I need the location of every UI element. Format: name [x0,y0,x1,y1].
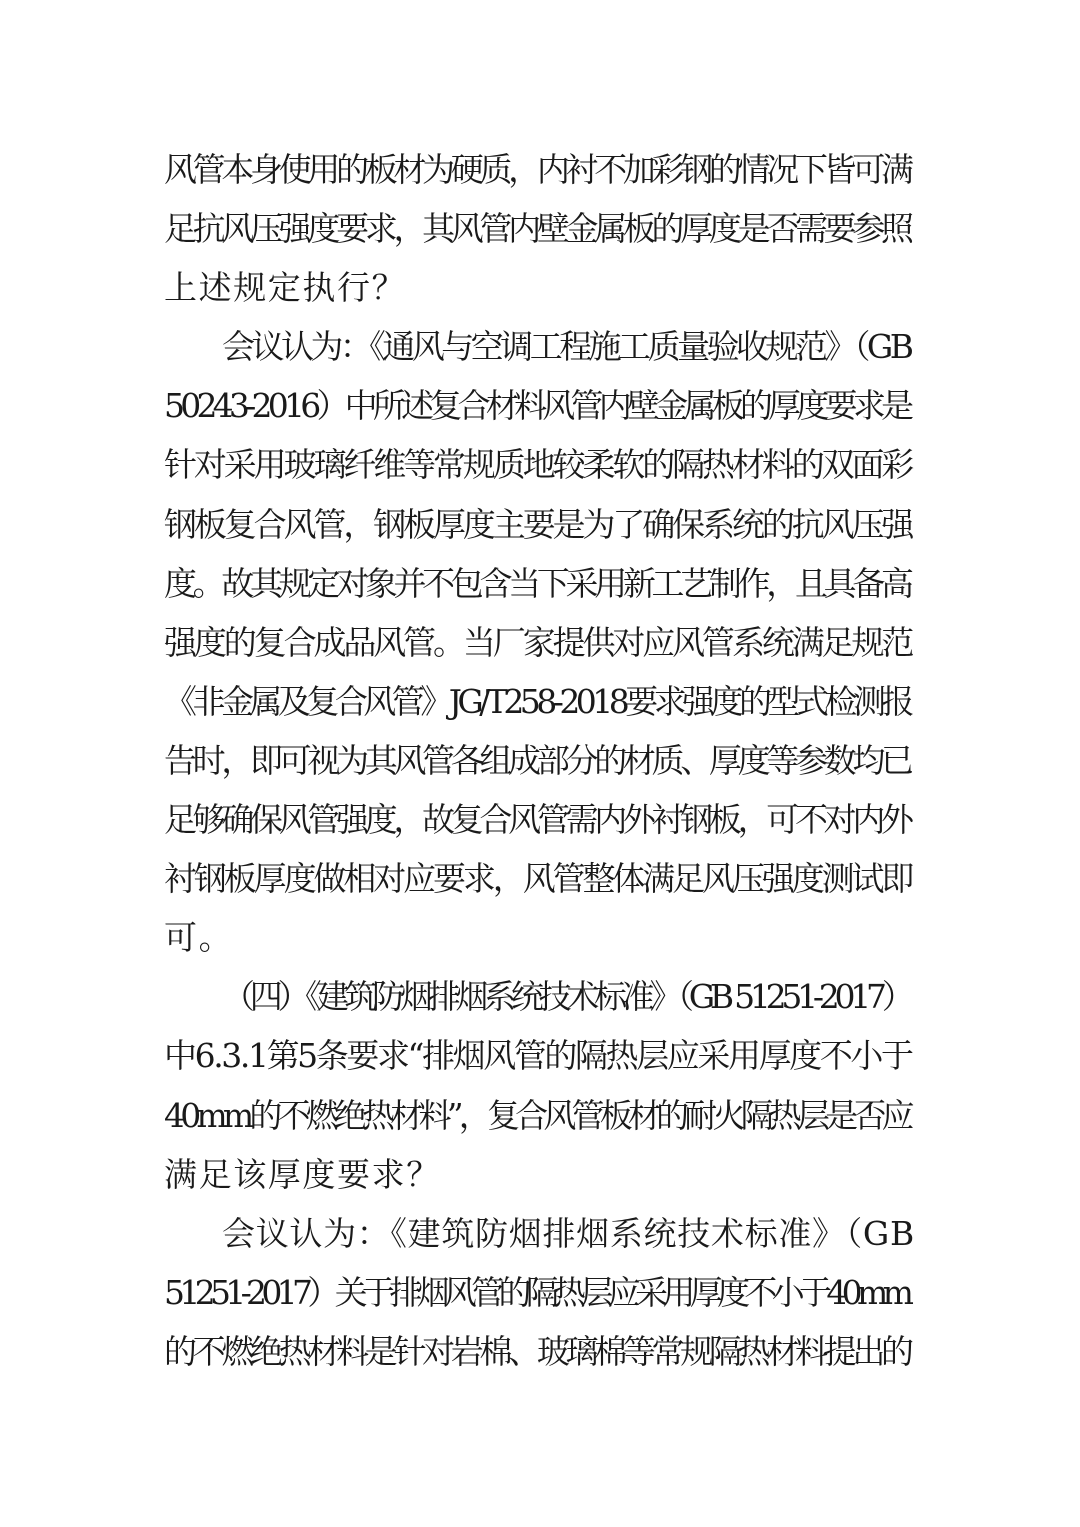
line-text: 会议认为：《通风与空调工程施工质量验收规范》（GB [222,317,911,376]
line-text: 告时，即可视为其风管各组成部分的材质、厚度等参数均已 [164,731,910,790]
line-text: 风管本身使用的板材为硬质，内衬不加彩钢的情况下皆可满 [164,140,910,199]
text-line: 风管本身使用的板材为硬质，内衬不加彩钢的情况下皆可满 [164,140,916,199]
text-line: 中6.3.1第5条要求“排烟风管的隔热层应采用厚度不小于 [164,1026,916,1085]
line-text: 50243-2016）中所述复合材料风管内壁金属板的厚度要求是 [164,376,909,435]
text-line: 50243-2016）中所述复合材料风管内壁金属板的厚度要求是 [164,376,916,435]
line-text: 会议认为：《建筑防烟排烟系统技术标准》（GB [222,1204,915,1263]
line-text: 中6.3.1第5条要求“排烟风管的隔热层应采用厚度不小于 [164,1026,912,1085]
text-line: 度。故其规定对象并不包含当下采用新工艺制作，且具备高 [164,554,916,613]
text-line: 《非金属及复合风管》JG/T258-2018要求强度的型式检测报 [164,672,916,731]
text-line: 强度的复合成品风管。当厂家提供对应风管系统满足规范 [164,613,916,672]
line-text: 衬钢板厚度做相对应要求，风管整体满足风压强度测试即 [164,849,911,908]
document-body: 风管本身使用的板材为硬质，内衬不加彩钢的情况下皆可满 足抗风压强度要求，其风管内… [164,140,916,1381]
text-line: 足够确保风管强度，故复合风管需内外衬钢板，可不对内外 [164,790,916,849]
document-page: 风管本身使用的板材为硬质，内衬不加彩钢的情况下皆可满 足抗风压强度要求，其风管内… [0,0,1080,1527]
line-text: 足够确保风管强度，故复合风管需内外衬钢板，可不对内外 [164,790,910,849]
text-line: 可。 [164,908,916,967]
text-line: 钢板复合风管，钢板厚度主要是为了确保系统的抗风压强 [164,495,916,554]
line-text: 度。故其规定对象并不包含当下采用新工艺制作，且具备高 [164,554,910,613]
line-text: 的不燃绝热材料是针对岩棉、玻璃棉等常规隔热材料提出的 [164,1322,910,1381]
text-line-indented: （四）《建筑防烟排烟系统技术标准》（GB 51251-2017） [164,967,916,1026]
line-text: （四）《建筑防烟排烟系统技术标准》（GB 51251-2017） [222,967,910,1026]
line-text: 《非金属及复合风管》JG/T258-2018要求强度的型式检测报 [164,672,910,731]
line-text: 强度的复合成品风管。当厂家提供对应风管系统满足规范 [164,613,911,672]
text-line: 上述规定执行？ [164,258,916,317]
text-line: 40mm的不燃绝热材料”，复合风管板材的耐火隔热层是否应 [164,1086,916,1145]
line-text: 51251-2017）关于排烟风管的隔热层应采用厚度不小于40mm [164,1263,908,1322]
line-text: 针对采用玻璃纤维等常规质地较柔软的隔热材料的双面彩 [164,435,911,494]
text-line: 告时，即可视为其风管各组成部分的材质、厚度等参数均已 [164,731,916,790]
text-line: 51251-2017）关于排烟风管的隔热层应采用厚度不小于40mm [164,1263,916,1322]
text-line: 满足该厚度要求？ [164,1145,916,1204]
text-line-indented: 会议认为：《建筑防烟排烟系统技术标准》（GB [164,1204,916,1263]
line-text: 钢板复合风管，钢板厚度主要是为了确保系统的抗风压强 [164,495,911,554]
line-text: 足抗风压强度要求，其风管内壁金属板的厚度是否需要参照 [164,199,910,258]
text-line: 针对采用玻璃纤维等常规质地较柔软的隔热材料的双面彩 [164,435,916,494]
line-text: 40mm的不燃绝热材料”，复合风管板材的耐火隔热层是否应 [164,1086,910,1145]
text-line: 足抗风压强度要求，其风管内壁金属板的厚度是否需要参照 [164,199,916,258]
text-line-indented: 会议认为：《通风与空调工程施工质量验收规范》（GB [164,317,916,376]
text-line: 的不燃绝热材料是针对岩棉、玻璃棉等常规隔热材料提出的 [164,1322,916,1381]
text-line: 衬钢板厚度做相对应要求，风管整体满足风压强度测试即 [164,849,916,908]
